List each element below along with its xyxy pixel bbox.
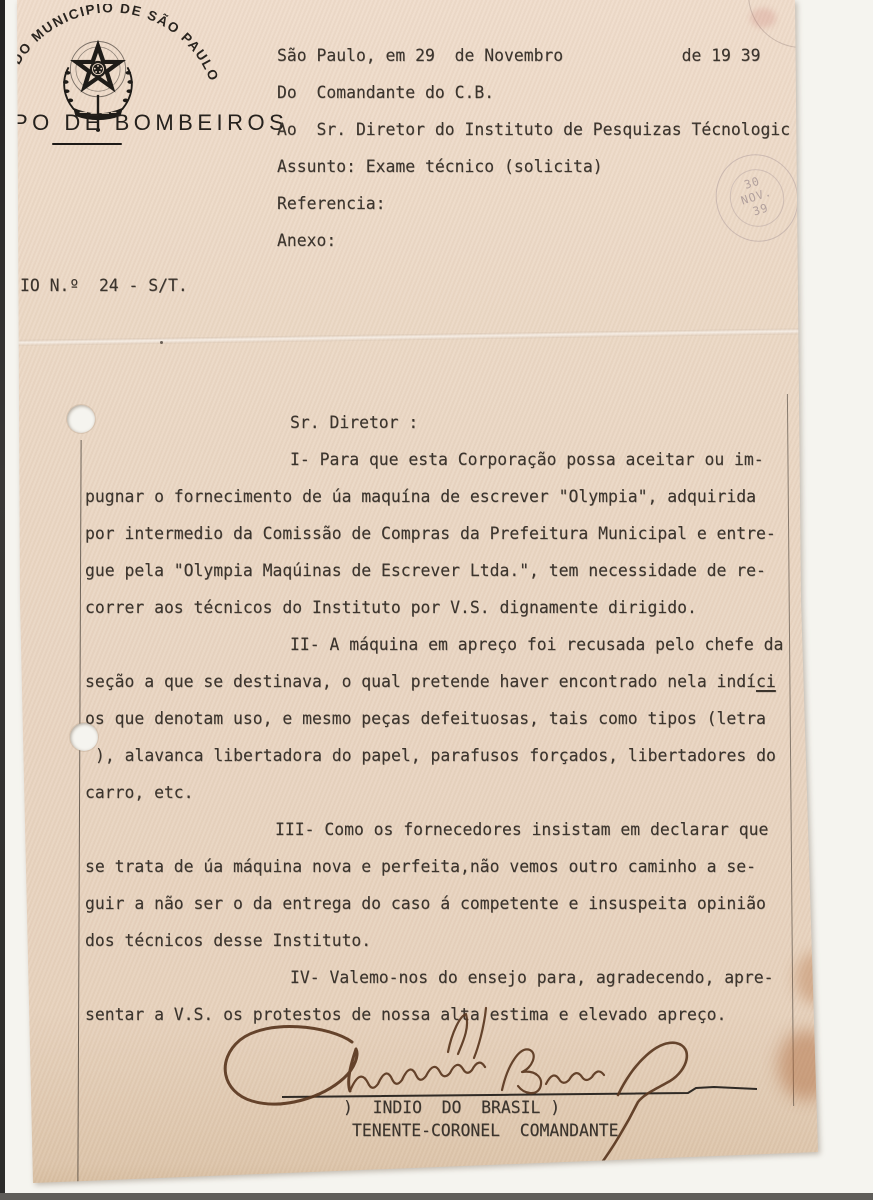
from-line: Do Comandante do C.B. bbox=[277, 83, 494, 103]
body-line: correr aos técnicos do Instituto por V.S… bbox=[85, 598, 697, 618]
body-line: III- Como os fornecedores insistam em de… bbox=[275, 820, 768, 840]
hole-punch bbox=[70, 723, 98, 751]
body-line-text: se trata de úa máquina nova e perfeita,n… bbox=[85, 857, 756, 876]
body-line: ), alavanca libertadora do papel, parafu… bbox=[95, 746, 776, 766]
body-line-text: dos técnicos desse Instituto. bbox=[85, 931, 371, 950]
body-line-text: pugnar o fornecimento de úa maquína de e… bbox=[85, 487, 756, 506]
body-line-text: sentar a V.S. os protestos de nossa alta… bbox=[85, 1005, 726, 1024]
annex-line: Anexo: bbox=[277, 231, 336, 251]
body-line-text: os que denotam uso, e mesmo peças defeit… bbox=[85, 709, 766, 728]
body-line: guir a não ser o da entrega do caso á co… bbox=[85, 894, 766, 914]
body-line-text: Sr. Diretor : bbox=[290, 413, 418, 432]
body-line: II- A máquina em apreço foi recusada pel… bbox=[290, 635, 783, 655]
left-margin-rule bbox=[77, 440, 82, 1182]
org-name-corpo-de-bombeiros: PO DE BOMBEIROS bbox=[13, 110, 288, 136]
ink-speck bbox=[806, 648, 811, 653]
signature-name-line: ) INDIO DO BRASIL ) bbox=[343, 1098, 560, 1118]
rust-stain bbox=[795, 952, 837, 1004]
to-line: Ao Sr. Diretor do Instituto de Pesquizas… bbox=[277, 120, 790, 140]
signature-title-line: TENENTE-CORONEL COMANDANTE bbox=[352, 1121, 618, 1141]
faint-stain bbox=[806, 108, 842, 138]
doc-number: IO N.º 24 - S/T. bbox=[20, 276, 188, 296]
red-ink-smudge bbox=[750, 8, 776, 28]
body-line: por intermedio da Comissão de Compras da… bbox=[85, 524, 776, 544]
document-page: URA DO MUNICIPIO DE SÃO PAULO PO DE BOMB… bbox=[0, 0, 873, 1200]
body-line: pugnar o fornecimento de úa maquína de e… bbox=[85, 487, 756, 507]
body-line-text: III- Como os fornecedores insistam em de… bbox=[275, 820, 768, 839]
body-line-text: gue pela "Olympia Maqúinas de Escrever L… bbox=[85, 561, 766, 580]
body-line: sentar a V.S. os protestos de nossa alta… bbox=[85, 1005, 726, 1025]
scanner-edge-strip bbox=[0, 0, 5, 1200]
body-line: IV- Valemo-nos do ensejo para, agradecen… bbox=[290, 968, 774, 988]
body-line-text: por intermedio da Comissão de Compras da… bbox=[85, 524, 776, 543]
body-line-text: ), alavanca libertadora do papel, parafu… bbox=[95, 746, 776, 765]
letterhead-rule bbox=[52, 143, 122, 145]
body-line-underlined-suffix: ci bbox=[756, 672, 776, 691]
body-line: os que denotam uso, e mesmo peças defeit… bbox=[85, 709, 766, 729]
body-line: carro, etc. bbox=[85, 783, 194, 803]
right-margin-rule bbox=[787, 394, 795, 1106]
body-line-text: I- Para que esta Corporação possa aceita… bbox=[290, 450, 764, 469]
body-line: I- Para que esta Corporação possa aceita… bbox=[290, 450, 764, 470]
body-line: dos técnicos desse Instituto. bbox=[85, 931, 371, 951]
date-line: São Paulo, em 29 de Novembro de 19 39 bbox=[277, 46, 761, 66]
body-line-text: correr aos técnicos do Instituto por V.S… bbox=[85, 598, 697, 617]
body-line-text: carro, etc. bbox=[85, 783, 194, 802]
body-line-text: guir a não ser o da entrega do caso á co… bbox=[85, 894, 766, 913]
received-date-stamp: 30NOV.39 bbox=[702, 142, 812, 254]
rust-stain bbox=[778, 1030, 834, 1100]
body-line: Sr. Diretor : bbox=[290, 413, 418, 433]
body-line-text: II- A máquina em apreço foi recusada pel… bbox=[290, 635, 783, 654]
scanner-bottom-strip bbox=[0, 1193, 873, 1200]
subject-line: Assunto: Exame técnico (solicita) bbox=[277, 157, 603, 177]
fold-crease bbox=[18, 328, 818, 346]
reference-line: Referencia: bbox=[277, 194, 386, 214]
body-line: se trata de úa máquina nova e perfeita,n… bbox=[85, 857, 756, 877]
body-line: gue pela "Olympia Maqúinas de Escrever L… bbox=[85, 561, 766, 581]
body-line-text: seção a que se destinava, o qual pretend… bbox=[85, 672, 756, 691]
body-line-text: IV- Valemo-nos do ensejo para, agradecen… bbox=[290, 968, 774, 987]
document-page-shadow: URA DO MUNICIPIO DE SÃO PAULO PO DE BOMB… bbox=[0, 0, 873, 1200]
body-line: seção a que se destinava, o qual pretend… bbox=[85, 672, 776, 692]
hole-punch bbox=[67, 405, 95, 433]
